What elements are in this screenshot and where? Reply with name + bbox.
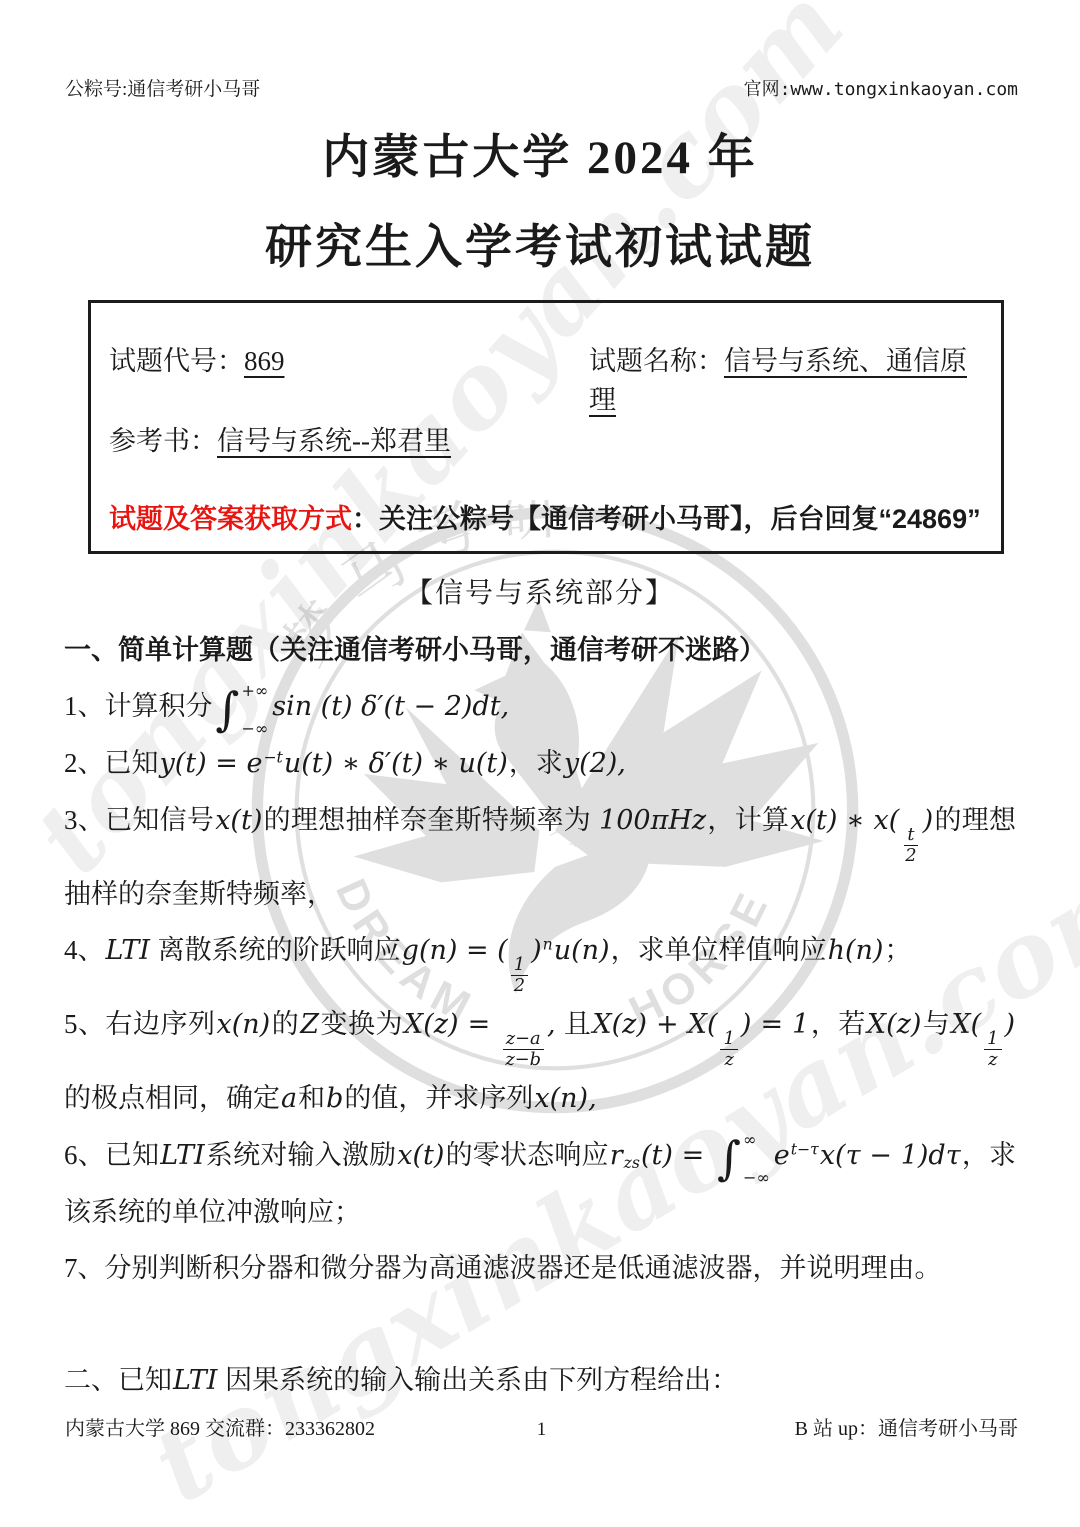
- question-6: 6、已知LTI系统对输入激励x(t)的零状态响应rzs(t) = ∫∞−∞et−…: [64, 1127, 1016, 1240]
- reference-book-row: 参考书：信号与系统--郑君里: [109, 419, 989, 458]
- header-account-label: 公粽号:通信考研小马哥: [65, 74, 260, 101]
- exam-code-label: 试题代号：: [109, 346, 244, 376]
- header-website-label: 官网:www.tongxinkaoyan.com: [744, 75, 1018, 101]
- exam-paper-page: tongxinkaoyan.com tongxinkaoyan.com 梦马考研…: [0, 0, 1080, 1527]
- question-5: 5、右边序列x(n)的Z变换为X(z) = z−az−b, 且X(z) + X(…: [64, 996, 1016, 1127]
- footer-group-label: 内蒙古大学 869 交流群：233362802: [65, 1412, 465, 1441]
- answer-access-row: 试题及答案获取方式：关注公粽号【通信考研小马哥】，后台回复“24869”: [109, 497, 989, 536]
- footer-bilibili-label: B 站 up：通信考研小马哥: [618, 1412, 1018, 1441]
- answer-access-text: ：关注公粽号【通信考研小马哥】，后台回复“24869”: [352, 504, 981, 534]
- question-7: 7、分别判断积分器和微分器为高通滤波器还是低通滤波器，并说明理由。: [64, 1240, 1016, 1296]
- answer-access-label: 试题及答案获取方式: [109, 504, 352, 534]
- reference-book-label: 参考书：: [109, 426, 217, 456]
- section1-title: 【信号与系统部分】: [64, 566, 1016, 622]
- exam-name-label: 试题名称：: [589, 346, 724, 376]
- page-footer: 内蒙古大学 869 交流群：233362802 1 B 站 up：通信考研小马哥: [65, 1412, 1018, 1441]
- exam-body: 【信号与系统部分】 一、简单计算题（关注通信考研小马哥，通信考研不迷路） 1、计…: [64, 566, 1016, 1409]
- page-title-line1: 内蒙古大学 2024 年: [0, 120, 1080, 187]
- exam-info-box: 试题代号：869 试题名称：信号与系统、通信原理 参考书：信号与系统--郑君里 …: [88, 300, 1004, 554]
- question-3: 3、已知信号x(t)的理想抽样奈奎斯特频率为 100πHz，计算x(t) ∗ x…: [64, 792, 1016, 922]
- question-2: 2、已知y(t) = e−tu(t) ∗ δ′(t) ∗ u(t)，求y(2),: [64, 735, 1016, 792]
- section1-heading: 一、简单计算题（关注通信考研小马哥，通信考研不迷路）: [64, 622, 1016, 678]
- exam-name-col: 试题名称：信号与系统、通信原理: [589, 339, 989, 417]
- exam-code-row: 试题代号：869 试题名称：信号与系统、通信原理: [109, 339, 989, 378]
- page-header: 公粽号:通信考研小马哥 官网:www.tongxinkaoyan.com: [65, 74, 1018, 101]
- reference-book-value: 信号与系统--郑君里: [217, 426, 451, 456]
- question-1: 1、计算积分∫+∞−∞sin (t) δ′(t − 2)dt,: [64, 678, 1016, 735]
- page-number: 1: [465, 1419, 617, 1441]
- page-title-line2: 研究生入学考试初试试题: [0, 210, 1080, 277]
- question-4: 4、LTI 离散系统的阶跃响应g(n) = (12)nu(n)，求单位样值响应h…: [64, 922, 1016, 996]
- section2-heading: 二、已知LTI 因果系统的输入输出关系由下列方程给出：: [64, 1352, 1016, 1409]
- exam-code-value: 869: [244, 346, 285, 376]
